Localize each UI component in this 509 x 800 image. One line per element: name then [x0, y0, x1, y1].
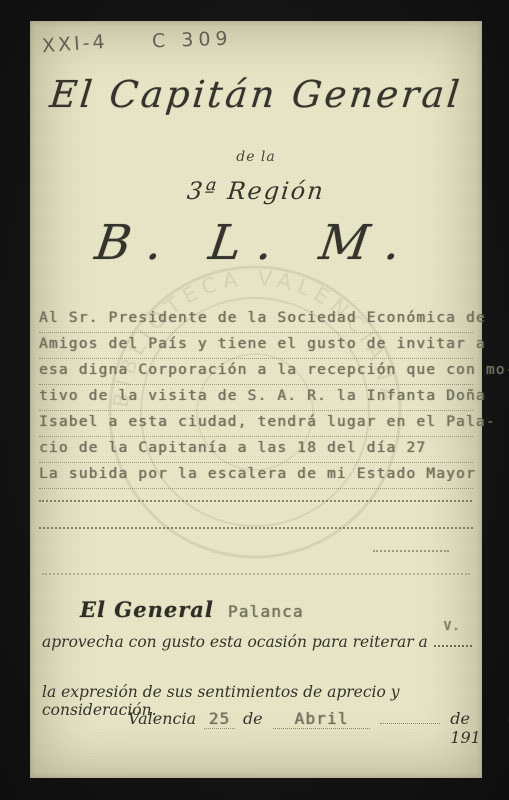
- addressee-blank-line: V.: [434, 631, 472, 647]
- dateline-place: Valencia: [128, 709, 196, 728]
- dateline-day: 25: [204, 709, 235, 729]
- body-line: esa digna Corporación a la recepción que…: [39, 359, 473, 385]
- blank-dotted-rule-short: [373, 550, 449, 552]
- body-line: Amigos del País y tiene el gusto de invi…: [39, 333, 473, 359]
- courtesy-formula-line: aprovecha con gusto esta ocasión para re…: [42, 631, 472, 651]
- body-line: Isabel a esta ciudad, tendrá lugar en el…: [39, 411, 473, 437]
- document-paper: BIBLIOTECA VALENCIANA XXI-4 C 309 El Cap…: [30, 21, 482, 778]
- dateline: Valencia 25 de Abril de 191 6: [128, 709, 509, 747]
- dateline-de-191: de 191: [450, 709, 500, 747]
- typewritten-body: Al Sr. Presidente de la Sociedad Económi…: [39, 307, 473, 489]
- body-line: La subida por la escalera de mi Estado M…: [39, 463, 473, 489]
- body-line: tivo de la visita de S. A. R. la Infanta…: [39, 385, 473, 411]
- courtesy-formula-text: aprovecha con gusto esta ocasión para re…: [42, 633, 428, 651]
- dateline-month: Abril: [273, 709, 371, 729]
- dateline-dotted-filler: [380, 723, 440, 724]
- letterhead-title: El Capitán General: [28, 73, 485, 116]
- signatory-name: Palanca: [228, 602, 304, 621]
- salutation-blm: B. L. M.: [26, 215, 486, 271]
- dateline-de-1: de: [243, 709, 263, 728]
- letterhead-region: 3ª Región: [29, 177, 484, 205]
- classification-mark: XXI-4: [41, 31, 108, 58]
- blank-dotted-rule: [39, 527, 473, 529]
- signature-line: El General Palanca: [80, 597, 304, 622]
- body-line: cio de la Capitanía a las 18 del día 27: [39, 437, 473, 463]
- blank-dotted-rule: [42, 573, 470, 575]
- signatory-title: El General: [80, 597, 214, 622]
- body-line: Al Sr. Presidente de la Sociedad Económi…: [39, 307, 473, 333]
- scanned-document-page: { "page": { "background_color": "#151515…: [0, 0, 509, 800]
- reference-mark: C 309: [152, 28, 233, 53]
- addressee-abbrev: V.: [444, 619, 461, 633]
- blank-dotted-rule: [39, 500, 472, 502]
- letterhead-subtitle: de la: [30, 149, 482, 165]
